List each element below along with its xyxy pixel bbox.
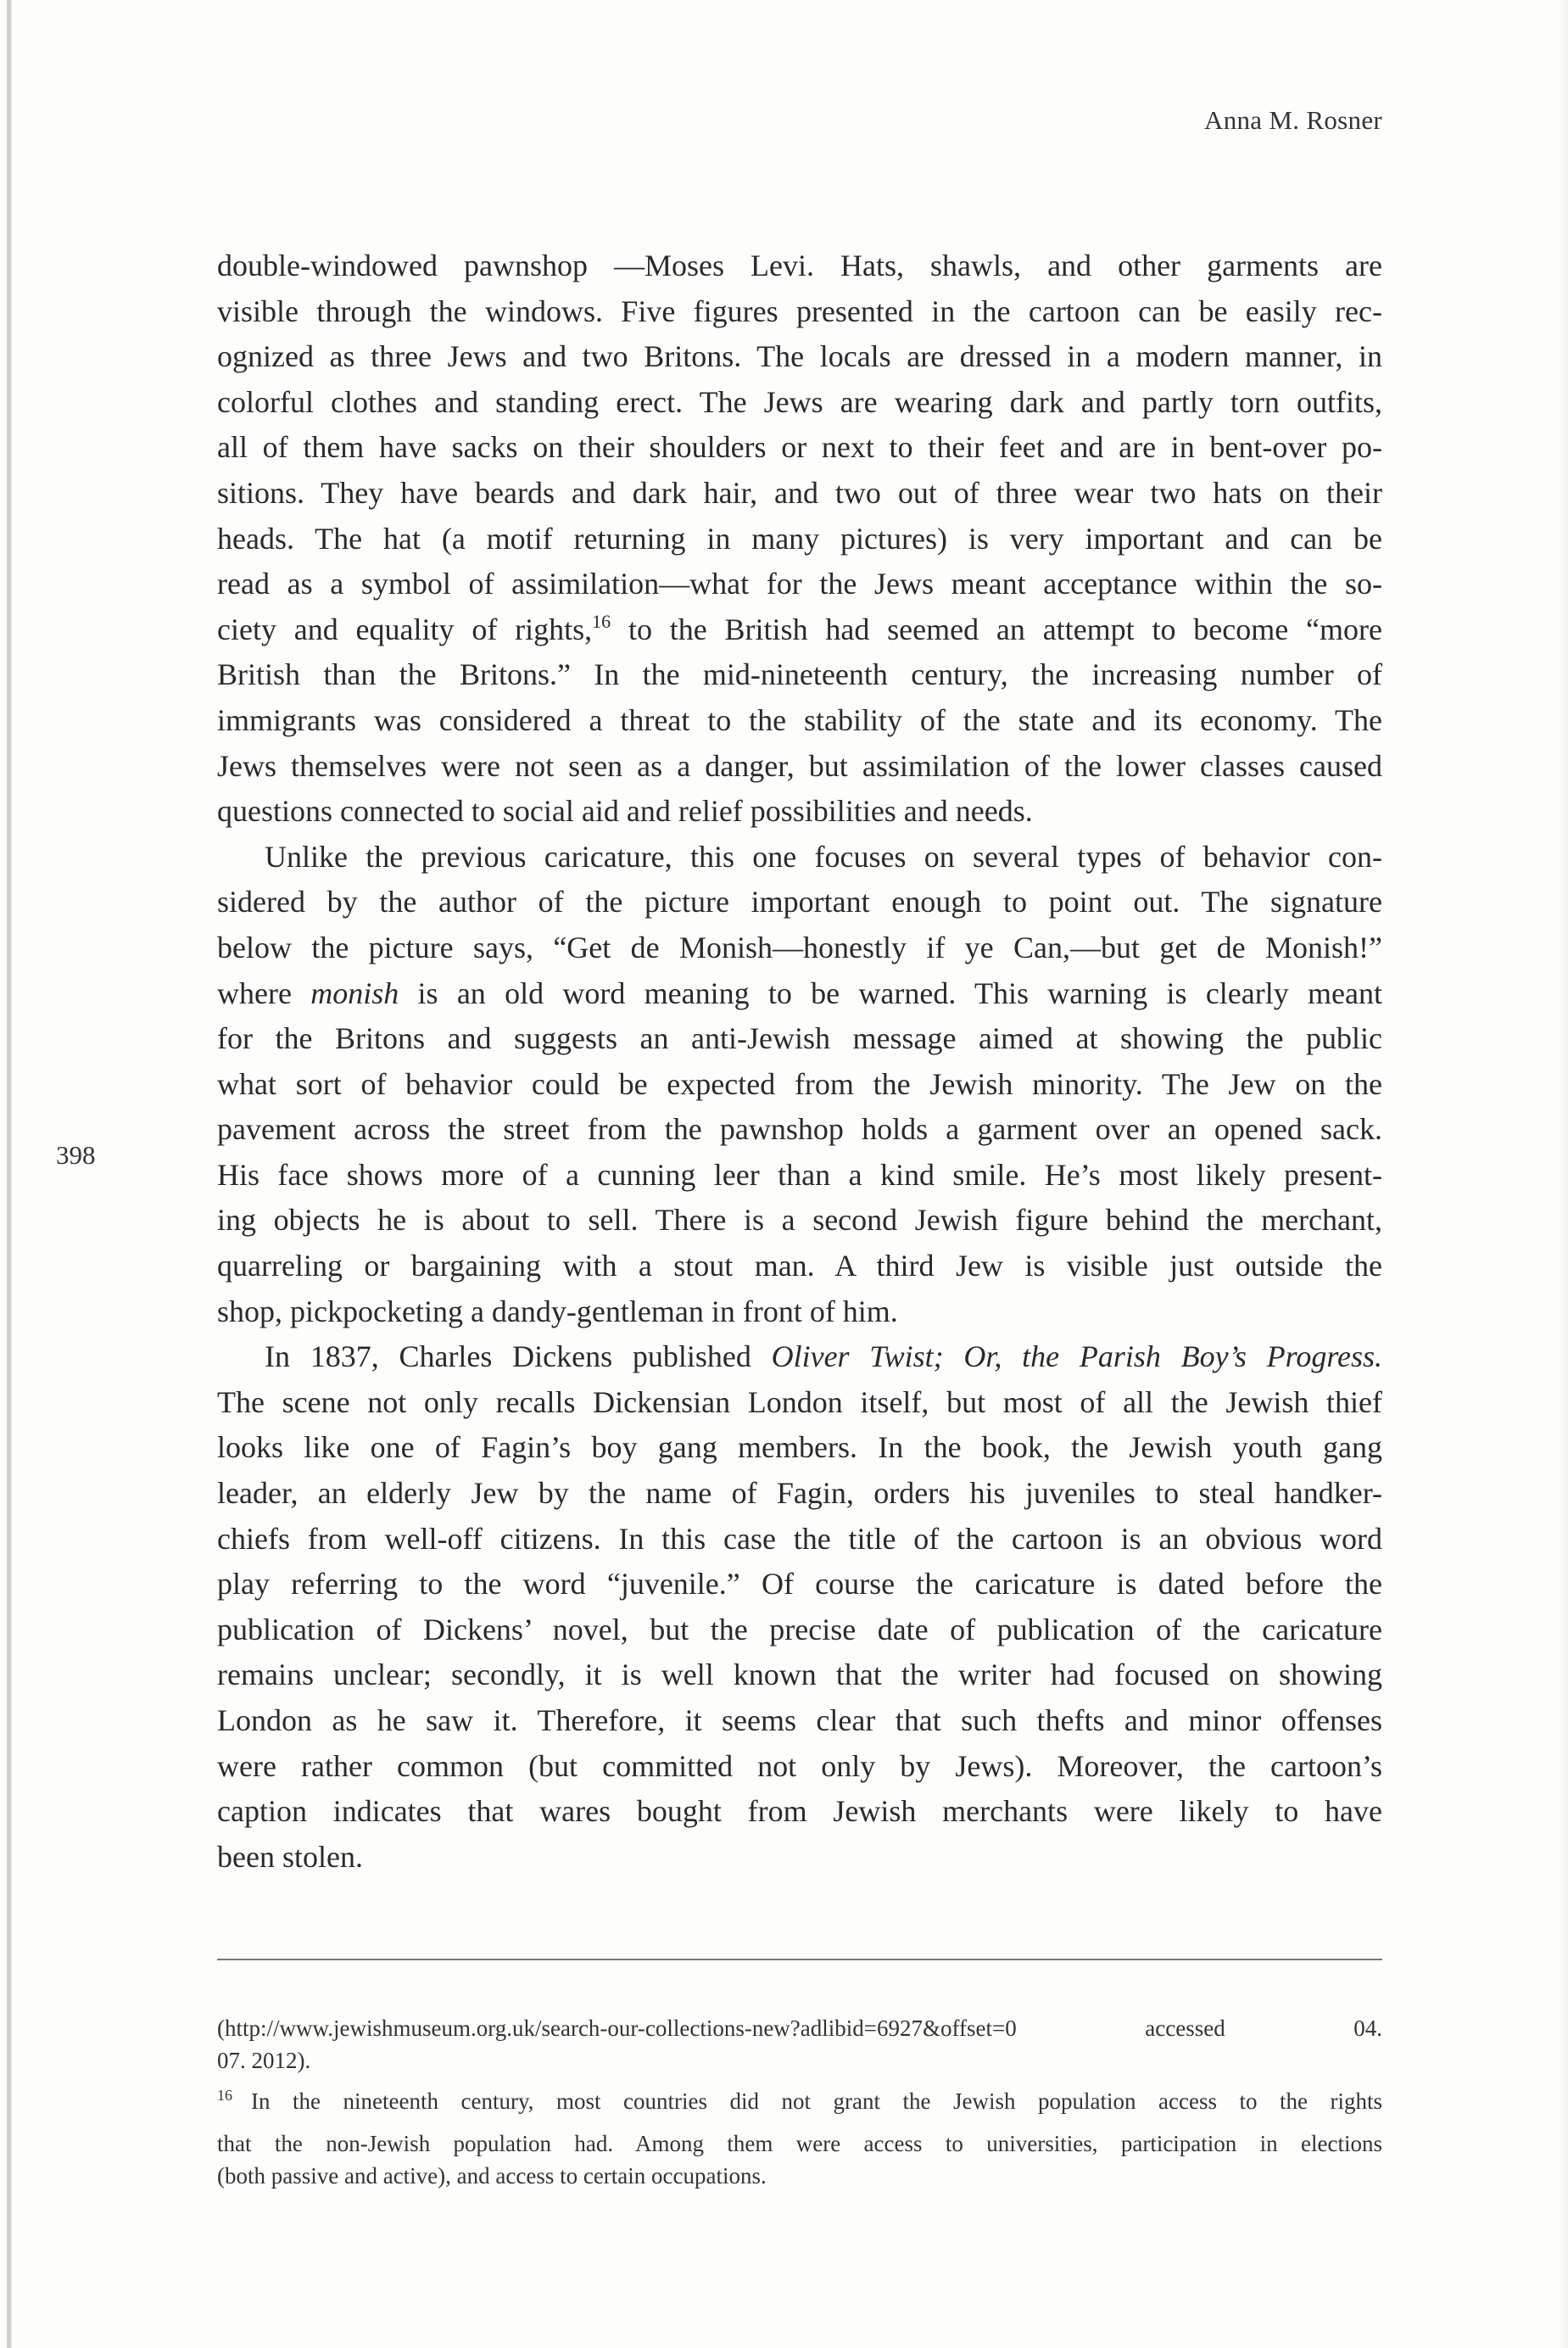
- text-line: ing objects he is about to sell. There i…: [217, 1198, 1382, 1244]
- footnote-reference-16[interactable]: 16: [592, 611, 611, 632]
- text-line: London as he saw it. Therefore, it seems…: [217, 1698, 1382, 1744]
- text-line: were rather common (but committed not on…: [217, 1744, 1382, 1790]
- footnote-text-line: (both passive and active), and access to…: [217, 2160, 1382, 2192]
- text-line-with-italic: where monish is an old word meaning to b…: [217, 971, 1382, 1017]
- footnote-url-line[interactable]: (http://www.jewishmuseum.org.uk/search-o…: [217, 2012, 1382, 2044]
- main-body-text: double-windowed pawnshop —Moses Levi. Ha…: [217, 243, 1382, 1880]
- text-line: questions connected to social aid and re…: [217, 789, 1382, 835]
- text-line: British than the Britons.” In the mid-ni…: [217, 652, 1382, 698]
- text-line: caption indicates that wares bought from…: [217, 1789, 1382, 1835]
- italic-term-monish: monish: [310, 976, 399, 1010]
- footnote-16: 16In the nineteenth century, most countr…: [217, 2077, 1382, 2192]
- text-line: leader, an elderly Jew by the name of Fa…: [217, 1471, 1382, 1517]
- footnote-separator-rule: [217, 1959, 1382, 1960]
- footnote-15-continuation: (http://www.jewishmuseum.org.uk/search-o…: [217, 2012, 1382, 2077]
- text-line: remains unclear; secondly, it is well kn…: [217, 1652, 1382, 1698]
- text-segment: where: [217, 976, 310, 1010]
- text-segment: In the nineteenth century, most countrie…: [251, 2088, 1382, 2114]
- text-line: His face shows more of a cunning leer th…: [217, 1153, 1382, 1199]
- italic-book-title: Oliver Twist; Or, the Parish Boy’s Progr…: [772, 1339, 1382, 1373]
- footnote-text-line: 07. 2012).: [217, 2044, 1382, 2077]
- scanned-page-edge: [7, 0, 12, 2348]
- paragraph-2: Unlike the previous caricature, this one…: [217, 835, 1382, 1335]
- text-line: chiefs from well-off citizens. In this c…: [217, 1517, 1382, 1563]
- footnote-number: 16: [217, 2087, 232, 2104]
- text-line: sitions. They have beards and dark hair,…: [217, 471, 1382, 517]
- text-line: below the picture says, “Get de Monish—h…: [217, 925, 1382, 971]
- text-line: The scene not only recalls Dickensian Lo…: [217, 1380, 1382, 1426]
- text-line: publication of Dickens’ novel, but the p…: [217, 1607, 1382, 1653]
- text-segment: ciety and equality of rights,: [217, 612, 592, 646]
- text-line: heads. The hat (a motif returning in man…: [217, 517, 1382, 562]
- paragraph-1: double-windowed pawnshop —Moses Levi. Ha…: [217, 243, 1382, 835]
- text-line: double-windowed pawnshop —Moses Levi. Ha…: [217, 243, 1382, 289]
- text-line: quarreling or bargaining with a stout ma…: [217, 1244, 1382, 1289]
- text-line-with-footnote: ciety and equality of rights,16 to the B…: [217, 607, 1382, 653]
- text-line: play referring to the word “juvenile.” O…: [217, 1562, 1382, 1607]
- text-line: sidered by the author of the picture imp…: [217, 880, 1382, 925]
- text-line: read as a symbol of assimilation—what fo…: [217, 562, 1382, 607]
- text-line: shop, pickpocketing a dandy-gentleman in…: [217, 1289, 1382, 1335]
- running-head-author: Anna M. Rosner: [1179, 105, 1382, 136]
- footnote-text-line: 16In the nineteenth century, most countr…: [217, 2077, 1382, 2127]
- text-segment: In 1837, Charles Dickens published: [265, 1339, 772, 1373]
- text-line: Unlike the previous caricature, this one…: [217, 835, 1382, 880]
- text-segment: is an old word meaning to be warned. Thi…: [399, 976, 1382, 1010]
- footnote-text-line: that the non-Jewish population had. Amon…: [217, 2127, 1382, 2160]
- text-line-with-italic-title: In 1837, Charles Dickens published Olive…: [217, 1334, 1382, 1380]
- text-line: been stolen.: [217, 1835, 1382, 1881]
- text-line: immigrants was considered a threat to th…: [217, 698, 1382, 744]
- footnotes-section: (http://www.jewishmuseum.org.uk/search-o…: [217, 2012, 1382, 2192]
- page-number: 398: [56, 1140, 96, 1171]
- text-line: what sort of behavior could be expected …: [217, 1062, 1382, 1108]
- scanned-page-edge-right: [1560, 0, 1568, 2348]
- text-line: pavement across the street from the pawn…: [217, 1107, 1382, 1153]
- text-line: looks like one of Fagin’s boy gang membe…: [217, 1425, 1382, 1471]
- text-line: colorful clothes and standing erect. The…: [217, 380, 1382, 426]
- text-line: for the Britons and suggests an anti-Jew…: [217, 1016, 1382, 1062]
- text-segment: to the British had seemed an attempt to …: [611, 612, 1382, 646]
- text-line: Jews themselves were not seen as a dange…: [217, 744, 1382, 790]
- paragraph-3: In 1837, Charles Dickens published Olive…: [217, 1334, 1382, 1880]
- text-line: visible through the windows. Five figure…: [217, 289, 1382, 335]
- text-line: ognized as three Jews and two Britons. T…: [217, 334, 1382, 380]
- text-line: all of them have sacks on their shoulder…: [217, 425, 1382, 471]
